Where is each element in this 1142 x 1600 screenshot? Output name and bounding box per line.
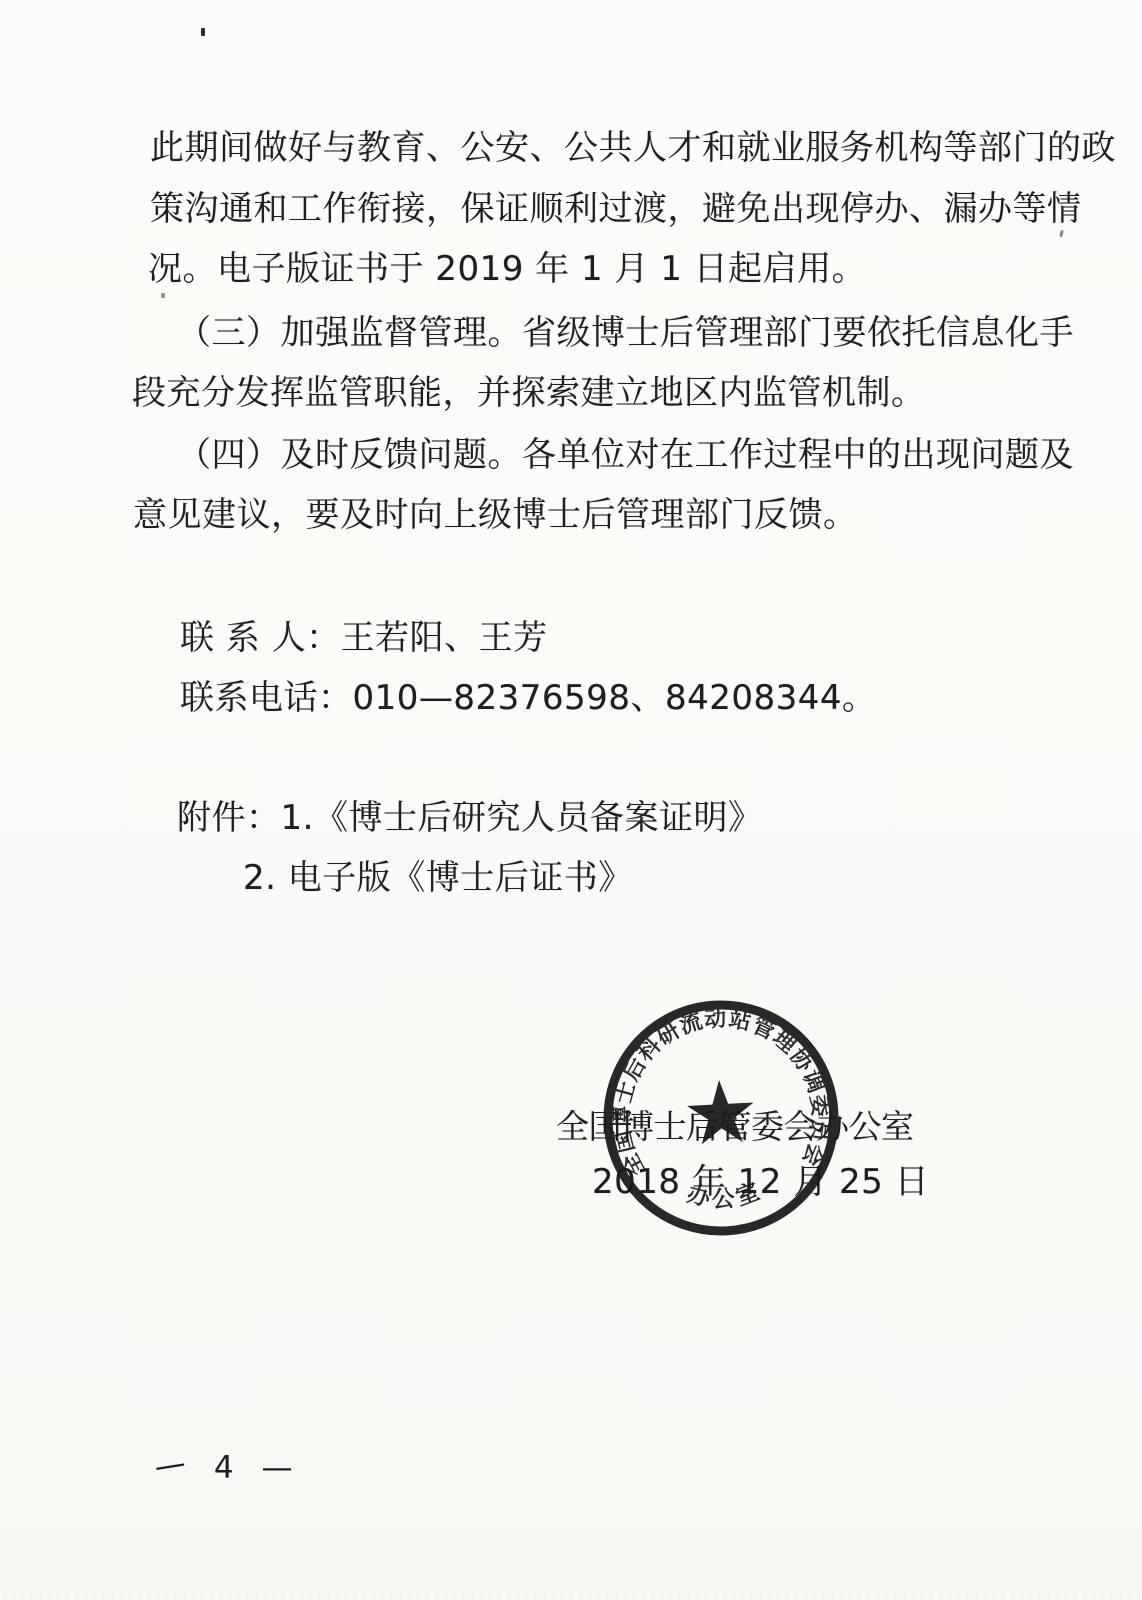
page-number: — 4 —: [155, 1450, 294, 1486]
paragraph-three-line-1: （三）加强监督管理。省级博士后管理部门要依托信息化手: [177, 316, 1074, 350]
scanned-document-page: 此期间做好与教育、公安、公共人才和就业服务机构等部门的政 策沟通和工作衔接，保证…: [0, 0, 1142, 1600]
body-line-1: 此期间做好与教育、公安、公共人才和就业服务机构等部门的政: [150, 131, 1116, 165]
scan-speck: [201, 28, 205, 36]
paragraph-three-line-2: 段充分发挥监管职能，并探索建立地区内监管机制。: [132, 376, 926, 410]
footer-dash-right: —: [261, 1450, 294, 1486]
attachments-line-2: 2. 电子版《博士后证书》: [243, 861, 633, 895]
seal-star-icon: [686, 1078, 756, 1145]
paragraph-four-line-1: （四）及时反馈问题。各单位对在工作过程中的出现问题及: [177, 438, 1074, 472]
scan-speck: [161, 293, 165, 298]
footer-page-number: 4: [214, 1450, 236, 1486]
footer-dash-left: —: [152, 1445, 190, 1486]
attachments-line-1: 附件：1.《博士后研究人员备案证明》: [177, 801, 762, 835]
body-line-3: 况。电子版证书于 2019 年 1 月 1 日起启用。: [148, 252, 866, 286]
contact-phone-line: 联系电话：010—82376598、84208344。: [180, 681, 877, 715]
official-seal: 全国博士后科研流动站管理协调委员会 办公室: [551, 948, 891, 1288]
scan-noise-band: [0, 1590, 1142, 1600]
paragraph-four-line-2: 意见建议，要及时向上级博士后管理部门反馈。: [133, 498, 858, 532]
scan-speck: [1059, 230, 1064, 238]
seal-bottom-text: 办公室: [683, 1176, 767, 1214]
body-line-2: 策沟通和工作衔接，保证顺利过渡，避免出现停办、漏办等情: [150, 192, 1082, 226]
contact-person-line: 联 系 人：王若阳、王芳: [180, 621, 548, 655]
